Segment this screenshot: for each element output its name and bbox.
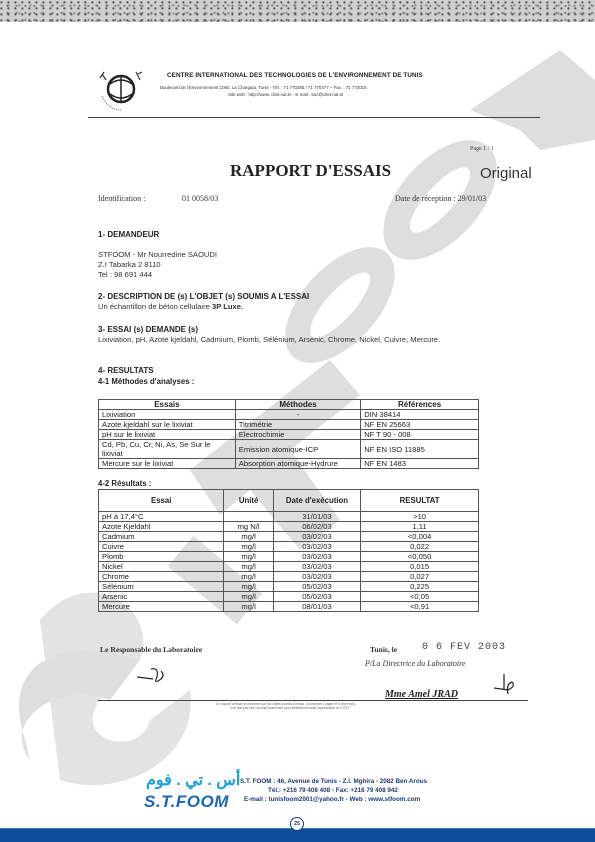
description-text: Un échantillon de béton cellulaire 3P Lu…	[98, 302, 243, 312]
description-product: 3P Luxe.	[212, 302, 243, 311]
methods-cell: DIN 38414	[361, 410, 479, 420]
lab-responsible-label: Le Responsable du Laboratoire	[100, 645, 202, 654]
methods-cell: Mercure sur le lixiviat	[99, 459, 236, 469]
footer-contact: E-mail : tunisfoom2001@yahoo.fr - Web : …	[244, 796, 420, 803]
stamp-date: 0 6 FEV 2003	[422, 642, 506, 653]
results-cell: mg/l	[224, 552, 273, 562]
methods-cell: Titrimétrie	[235, 420, 360, 430]
results-cell: 08/01/03	[273, 602, 360, 612]
results-header: Unité	[224, 490, 273, 512]
results-row: Cuivremg/l03/02/030,022	[99, 542, 479, 552]
results-cell: Cuivre	[99, 542, 224, 552]
results-cell: 05/02/03	[273, 592, 360, 602]
results-table: Essai Unité Date d'exécution RESULTAT pH…	[98, 489, 479, 612]
results-cell: mg N/l	[224, 522, 273, 532]
methods-row: Mercure sur le lixiviatAbsorption atomiq…	[99, 459, 479, 469]
results-cell: 03/02/03	[273, 552, 360, 562]
results-cell: 0,022	[361, 542, 479, 552]
results-cell: Mercure	[99, 602, 224, 612]
section-essai-heading: 3- ESSAI (s) DEMANDE (s)	[98, 325, 198, 334]
results-cell: 03/02/03	[273, 562, 360, 572]
header-divider	[88, 117, 540, 118]
results-cell: 03/02/03	[273, 542, 360, 552]
results-row: Chromemg/l03/02/030,027	[99, 572, 479, 582]
methods-cell: -	[235, 410, 360, 420]
methods-header: Références	[361, 400, 479, 410]
essai-text: Lixiviation, pH, Azote kjeldahl, Cadmium…	[98, 335, 518, 345]
results-cell: 06/02/03	[273, 522, 360, 532]
signature-icon	[135, 665, 175, 687]
methods-row: Azote kjeldahl sur le lixiviatTitrimétri…	[99, 420, 479, 430]
results-row: Azote Kjeldahlmg N/l06/02/031,11	[99, 522, 479, 532]
methods-cell: Cd, Pb, Cu, Cr, Ni, As, Se Sur le lixivi…	[99, 440, 236, 459]
results-cell: Plomb	[99, 552, 224, 562]
results-cell: Chrome	[99, 572, 224, 582]
methods-table: Essais Méthodes Références Lixiviation-D…	[98, 399, 479, 469]
methods-cell: Absorption atomique-Hydrure	[235, 459, 360, 469]
results-cell: Arsenic	[99, 592, 224, 602]
results-cell: <0,004	[361, 532, 479, 542]
results-cell: Sélénium	[99, 582, 224, 592]
results-cell: 03/02/03	[273, 532, 360, 542]
methods-cell: Lixiviation	[99, 410, 236, 420]
description-normal: Un échantillon de béton cellulaire	[98, 302, 212, 311]
results-cell: Nickel	[99, 562, 224, 572]
section-description-heading: 2- DESCRIPTION DE (s) L'OBJET (s) SOUMIS…	[98, 292, 309, 301]
results-cell: mg/l	[224, 592, 273, 602]
methods-cell: Electrochimie	[235, 430, 360, 440]
results-cell: mg/l	[224, 572, 273, 582]
demandeur-line: Tel : 98 691 444	[98, 270, 152, 280]
results-cell: <0,91	[361, 602, 479, 612]
footer-address: S.T. FOOM : 46, Avenue de Tunis - Z.I. M…	[240, 778, 427, 785]
results-cell: 05/02/03	[273, 582, 360, 592]
methods-header: Essais	[99, 400, 236, 410]
results-cell: mg/l	[224, 532, 273, 542]
top-texture-band	[0, 0, 595, 22]
section-resultats-heading: 4- RESULTATS	[98, 366, 154, 375]
reception-date: Date de réception : 29/01/03	[395, 194, 486, 203]
page-label: Page 1 / 1	[470, 146, 494, 152]
results-cell: mg/l	[224, 562, 273, 572]
methods-row: Cd, Pb, Cu, Cr, Ni, As, Se Sur le lixivi…	[99, 440, 479, 459]
results-row: pH à 17,4°C31/01/03>10	[99, 512, 479, 522]
footer-phone: Tél.: +216 79 408 408 - Fax: +216 79 408…	[268, 787, 398, 794]
methods-row: pH sur le lixiviatElectrochimieNF T 90 -…	[99, 430, 479, 440]
results-cell: >10	[361, 512, 479, 522]
methods-header: Méthodes	[235, 400, 360, 410]
methods-cell: NF EN ISO 11885	[361, 440, 479, 459]
methods-cell: NF EN 25663	[361, 420, 479, 430]
methods-heading: 4-1 Méthodes d'analyses :	[98, 377, 194, 386]
results-cell: Cadmium	[99, 532, 224, 542]
directrice-label: P/La Directrice du Laboratoire	[365, 659, 466, 668]
demandeur-line: STFOOM - Mr Nourredine SAOUDI	[98, 250, 217, 260]
methods-cell: NF T 90 - 008	[361, 430, 479, 440]
results-cell: 03/02/03	[273, 572, 360, 582]
report-title: RAPPORT D'ESSAIS	[230, 161, 391, 181]
citet-logo-icon	[96, 66, 146, 112]
results-header: Essai	[99, 490, 224, 512]
signature-icon	[490, 672, 520, 700]
results-cell: Azote Kjeldahl	[99, 522, 224, 532]
brand-arabic: أس . تي . فوم	[146, 770, 240, 790]
results-row: Plombmg/l03/02/03<0,050	[99, 552, 479, 562]
org-address: Boulevard de l'Environnement 1080, La Ch…	[160, 85, 367, 90]
results-cell: mg/l	[224, 542, 273, 552]
brand-logo: S.T.FOOM	[144, 792, 229, 812]
results-cell: 0,015	[361, 562, 479, 572]
results-cell: pH à 17,4°C	[99, 512, 224, 522]
results-heading: 4-2 Résultats :	[98, 479, 151, 488]
results-cell: <0,050	[361, 552, 479, 562]
results-cell: mg/l	[224, 582, 273, 592]
methods-row: Lixiviation-DIN 38414	[99, 410, 479, 420]
results-row: Arsenicmg/l05/02/03<0,05	[99, 592, 479, 602]
results-cell: 31/01/03	[273, 512, 360, 522]
results-cell: 1,11	[361, 522, 479, 532]
org-name: CENTRE INTERNATIONAL DES TECHNOLOGIES DE…	[167, 72, 423, 79]
methods-cell: NF EN 1483	[361, 459, 479, 469]
methods-cell: pH sur le lixiviat	[99, 430, 236, 440]
page-number: 25	[290, 817, 304, 831]
results-cell: 0,225	[361, 582, 479, 592]
methods-cell: Azote kjeldahl sur le lixiviat	[99, 420, 236, 430]
results-header: RESULTAT	[361, 490, 479, 512]
identification-value: 01 0058/03	[182, 194, 218, 203]
results-row: Nickelmg/l03/02/030,015	[99, 562, 479, 572]
footer-divider	[98, 700, 528, 701]
methods-cell: Emission atomique-ICP	[235, 440, 360, 459]
original-stamp: Original	[480, 165, 532, 182]
place-date-label: Tunis, le	[370, 645, 397, 654]
identification-label: Identification :	[98, 194, 145, 203]
results-header: Date d'exécution	[273, 490, 360, 512]
results-row: Mercuremg/l08/01/03<0,91	[99, 602, 479, 612]
org-web: Site web : http://www. citet.nat.tn - E-…	[228, 92, 343, 97]
results-cell: mg/l	[224, 602, 273, 612]
demandeur-line: Z.I Tabarka 2 8110	[98, 260, 161, 270]
section-demandeur-heading: 1- DEMANDEUR	[98, 230, 159, 239]
results-row: Cadmiummg/l03/02/03<0,004	[99, 532, 479, 542]
results-row: Séléniummg/l05/02/030,225	[99, 582, 479, 592]
results-cell: <0,05	[361, 592, 479, 602]
results-cell: 0,027	[361, 572, 479, 582]
fine-print: Il ne doit pas être reproduit autrement …	[230, 706, 350, 710]
director-name: Mme Amel JRAD	[385, 689, 458, 700]
results-cell	[224, 512, 273, 522]
